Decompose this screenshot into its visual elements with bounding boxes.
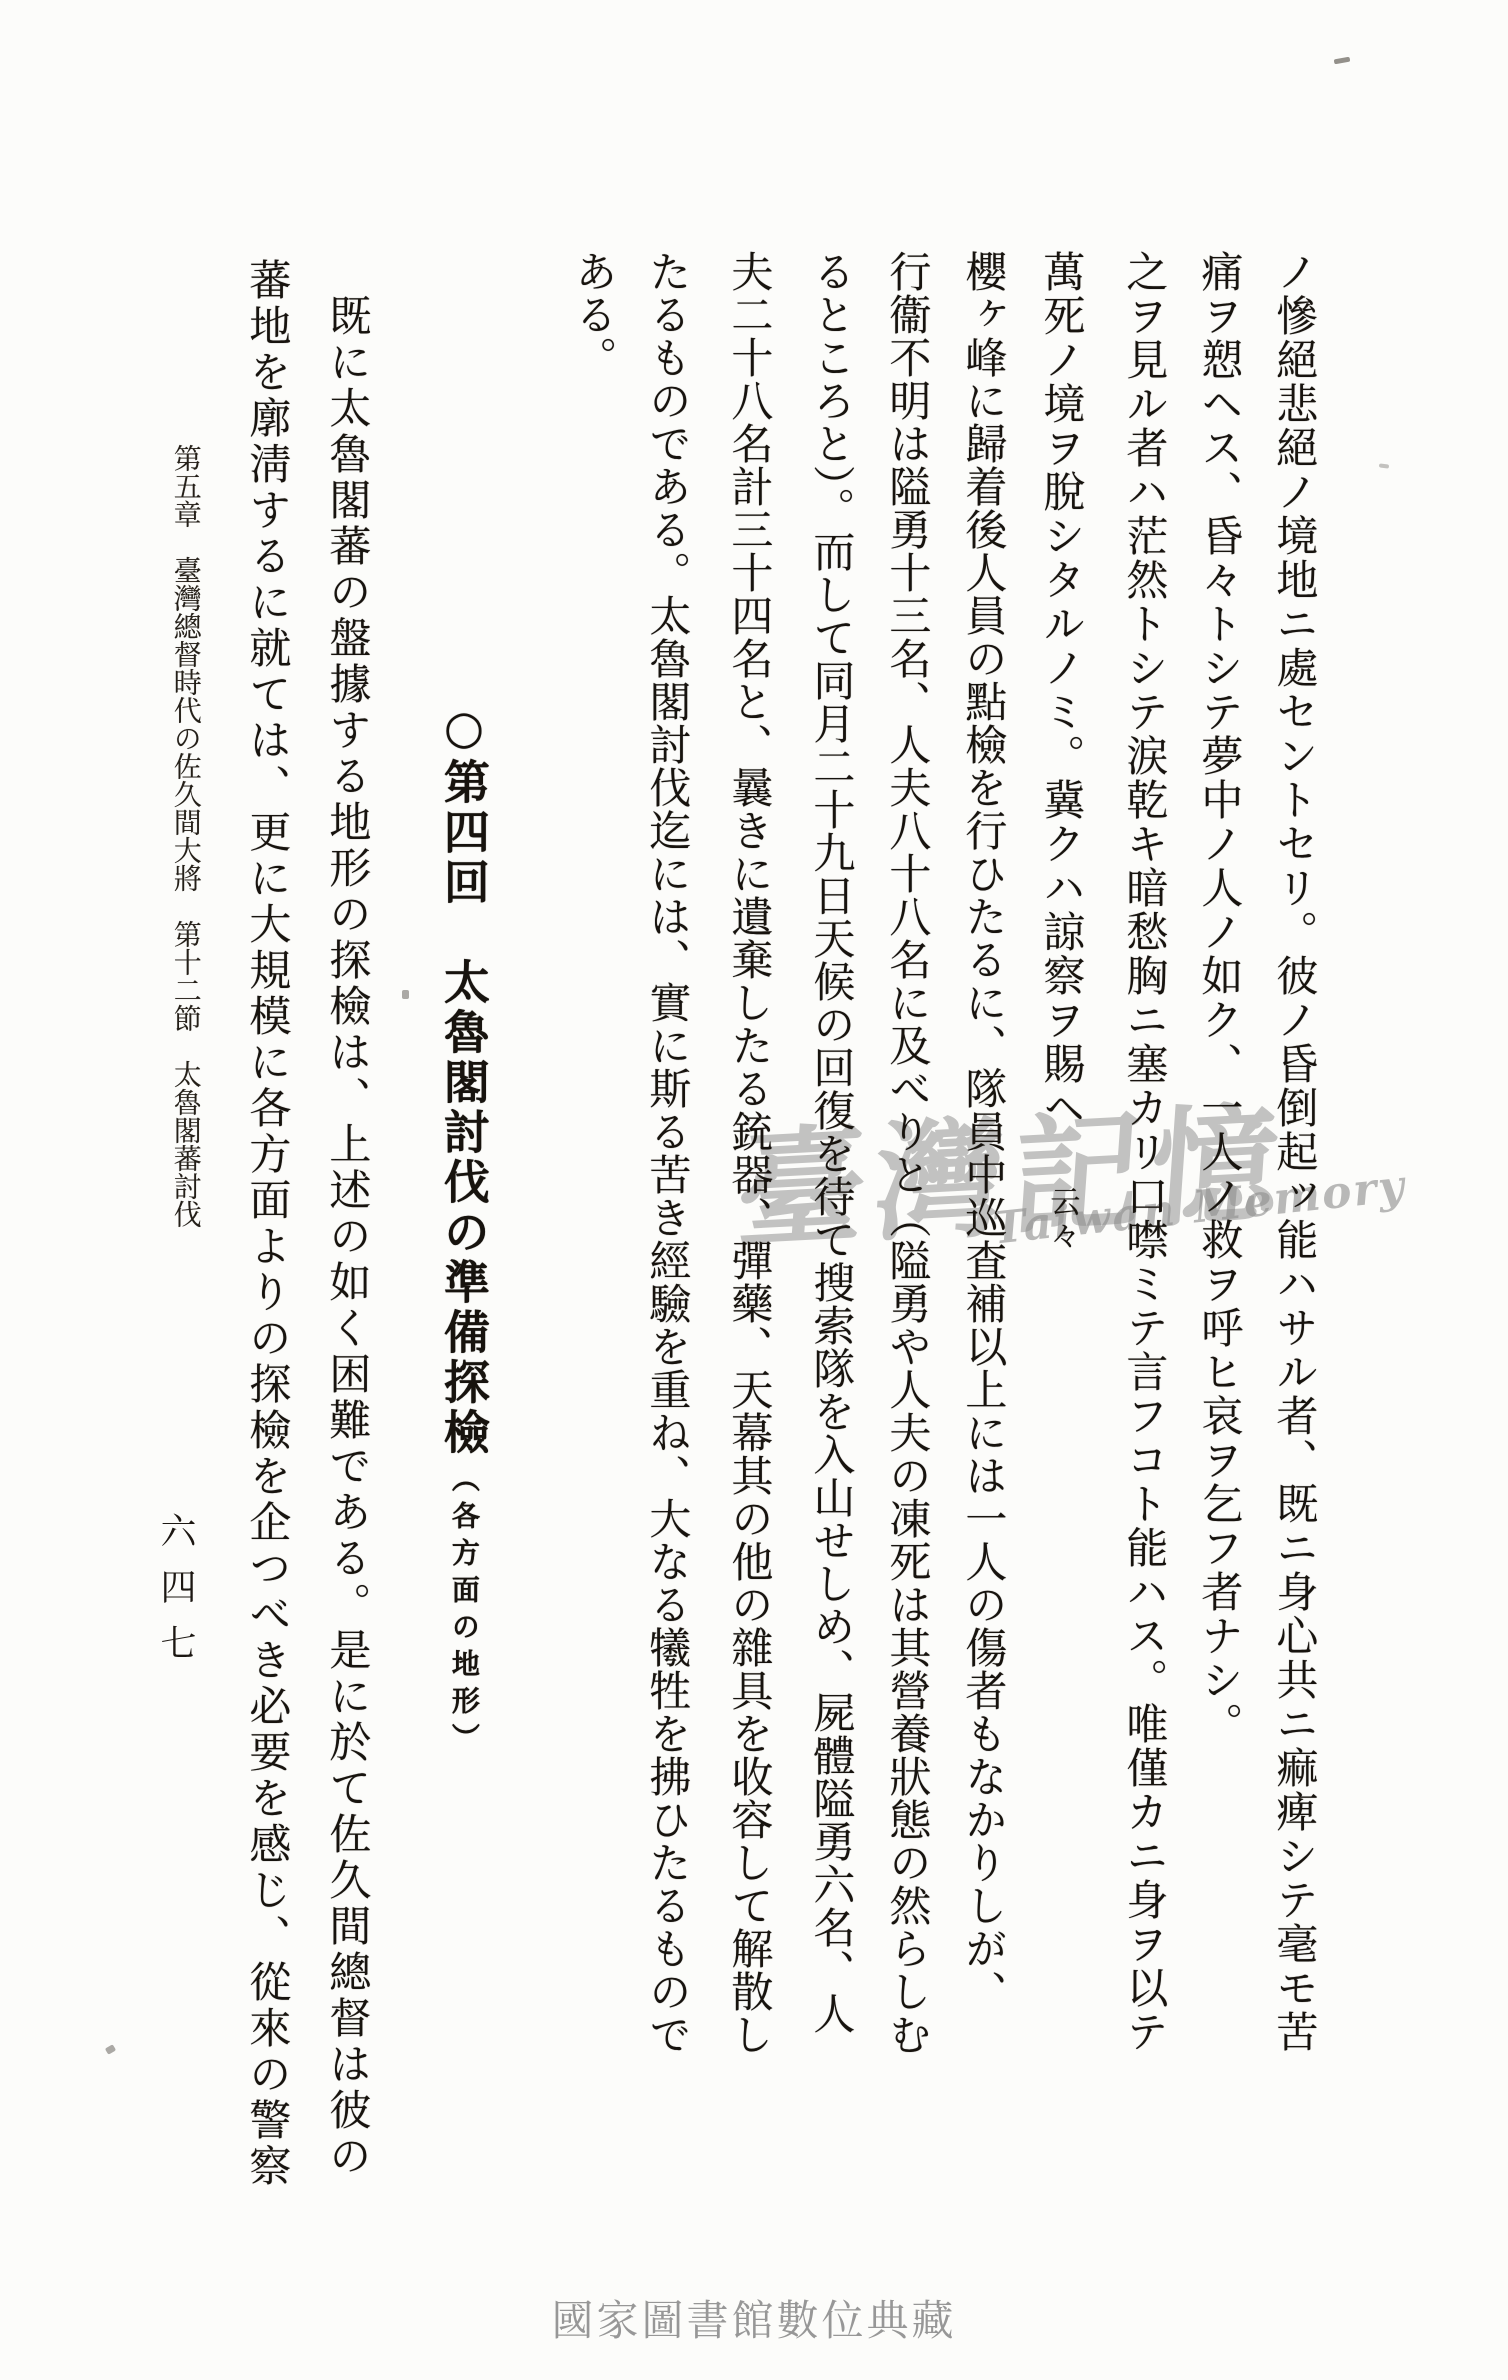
- quote-column-3: 之ヲ見ル者ハ茫然トシテ涙乾キ暗愁胸ニ塞カリ口噤ミテ言フコト能ハス。唯僅カニ身ヲ以…: [1122, 250, 1167, 2054]
- quote-column-4-text: 萬死ノ境ヲ脫シタルノミ。冀クハ諒察ヲ賜ヘ: [1037, 250, 1086, 1130]
- ink-speck: [402, 990, 409, 999]
- quote-column-2: 痛ヲ愬ヘス、昏々トシテ夢中ノ人ノ如ク、一人ノ救ヲ呼ヒ哀ヲ乞フ者ナシ。: [1197, 250, 1242, 1746]
- section-heading-main: ○第四回 太魯閣討伐の準備探檢: [437, 700, 491, 1458]
- body-column-4: 夫二十八名計三十四名と、曩きに遺棄したる銃器、彈藥、天幕其の他の雜具を收容して解…: [727, 250, 772, 2056]
- body-column-1: 櫻ヶ峰に歸着後人員の點檢を行ひたるに、隊員中巡査補以上には一人の傷者もなかりしが…: [961, 250, 1006, 2013]
- ink-speck: [1334, 57, 1351, 65]
- scanned-book-page: 臺灣記憶 Taiwan Memory ノ慘絕悲絕ノ境地ニ處セントセリ。彼ノ昏倒起…: [0, 0, 1508, 2380]
- quote-column-4: 萬死ノ境ヲ脫シタルノミ。冀クハ諒察ヲ賜ヘ云々: [1039, 250, 1084, 1254]
- body-column-2: 行衞不明は隘勇十三名、人夫八十八名に及べりと（隘勇や人夫の凍死は其營養狀態の然ら…: [885, 250, 930, 2056]
- paragraph2-column-1: 既に太魯閣蕃の盤據する地形の探檢は、上述の如く困難である。是に於て佐久間總督は彼…: [325, 294, 370, 2180]
- body-column-3: るところと）。而して同月二十九日天候の回復を待て搜索隊を入山せしめ、屍體隘勇六名…: [809, 250, 854, 2035]
- body-column-6: ある。: [571, 250, 616, 379]
- quote-etcetera-mark: 云々: [1044, 1186, 1079, 1254]
- ink-speck: [105, 2044, 116, 2055]
- quote-column-1: ノ慘絕悲絕ノ境地ニ處セントセリ。彼ノ昏倒起ッ能ハサル者、既ニ身心共ニ痲痺シテ毫モ…: [1272, 250, 1317, 2054]
- ink-speck: [1379, 463, 1389, 468]
- watermark-library-caption: 國家圖書館數位典藏: [551, 2288, 956, 2348]
- paragraph2-column-2: 蕃地を廓淸するに就ては、更に大規模に各方面よりの探檢を企つべき必要を感じ、從來の…: [245, 258, 290, 2190]
- running-head: 第五章 臺灣總督時代の佐久間大將 第十二節 太魯閣蕃討伐: [170, 444, 201, 1228]
- page-number: 六四七: [150, 1512, 201, 1680]
- section-heading-subtitle: （各方面の地形）: [448, 1464, 481, 1760]
- section-heading: ○第四回 太魯閣討伐の準備探檢（各方面の地形）: [437, 700, 490, 1760]
- body-column-5: たるものである。太魯閣討伐迄には、實に斯る苦き經驗を重ね、大なる犧牲を拂ひたるも…: [645, 250, 690, 2056]
